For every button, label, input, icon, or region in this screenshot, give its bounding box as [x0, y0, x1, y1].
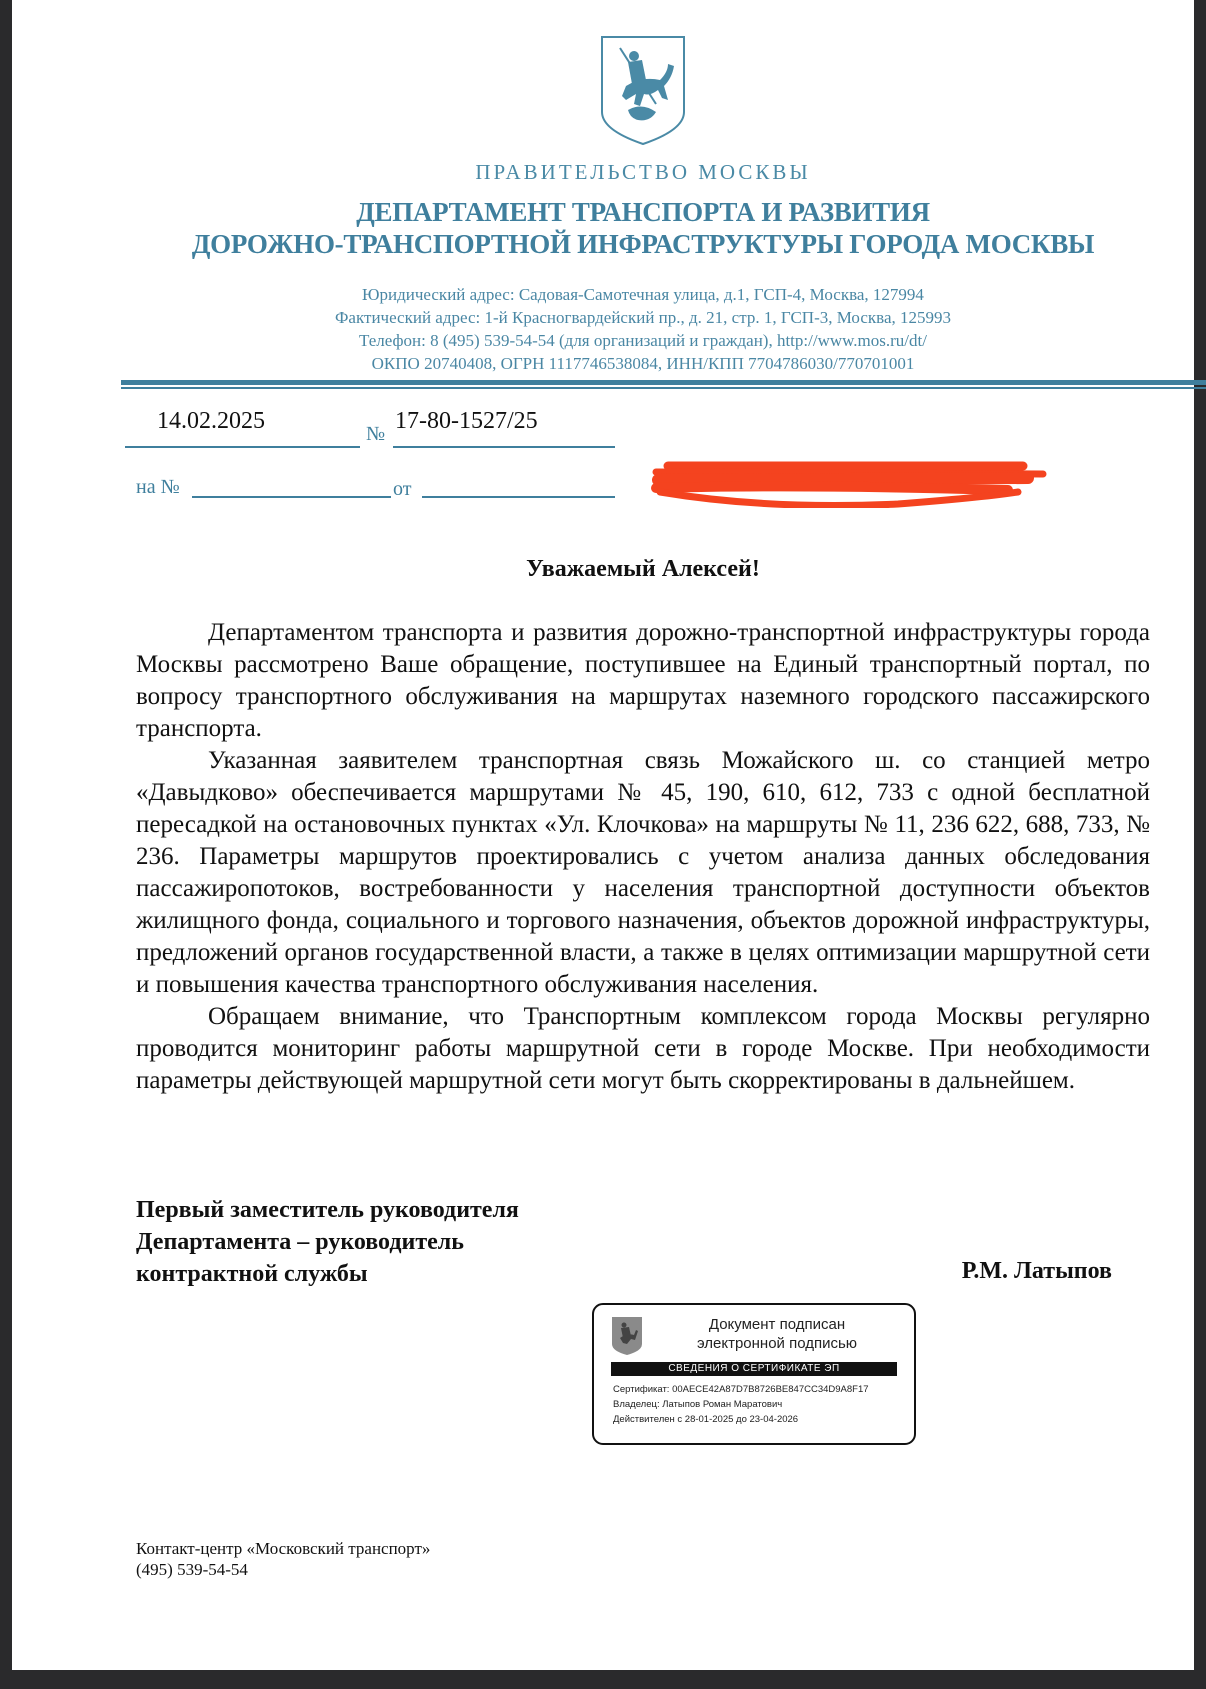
letter-body: Департаментом транспорта и развития доро…	[136, 617, 1150, 1097]
body-paragraph: Обращаем внимание, что Транспортным комп…	[136, 1001, 1150, 1097]
body-paragraph: Департаментом транспорта и развития доро…	[136, 617, 1150, 745]
signatory-title-line: контрактной службы	[136, 1258, 519, 1290]
moscow-coat-of-arms-icon	[598, 34, 688, 146]
reference-number-label: на №	[136, 476, 180, 499]
certificate-validity: Действителен с 28-01-2025 до 23-04-2026	[613, 1414, 798, 1426]
date-underline	[125, 446, 360, 448]
signature-heading-line: электронной подписью	[652, 1334, 902, 1353]
signatory-title: Первый заместитель руководителя Департам…	[136, 1194, 519, 1290]
moscow-coat-of-arms-icon	[611, 1316, 643, 1356]
outgoing-number: 17-80-1527/25	[395, 408, 538, 435]
reference-number-underline	[192, 496, 391, 498]
legal-address: Юридический адрес: Садовая-Самотечная ул…	[12, 283, 1206, 306]
registration-codes: ОКПО 20740408, ОГРН 1117746538084, ИНН/К…	[12, 352, 1206, 375]
signature-heading-line: Документ подписан	[652, 1315, 902, 1334]
electronic-signature-stamp: Документ подписан электронной подписью С…	[592, 1303, 916, 1445]
body-paragraph: Указанная заявителем транспортная связь …	[136, 745, 1150, 1001]
number-underline	[393, 446, 615, 448]
certificate-info-bar: СВЕДЕНИЯ О СЕРТИФИКАТЕ ЭП	[611, 1362, 897, 1376]
phone-line: Телефон: 8 (495) 539-54-54 (для организа…	[12, 329, 1206, 352]
contact-footer: Контакт-центр «Московский транспорт» (49…	[136, 1538, 430, 1580]
signatory-title-line: Первый заместитель руководителя	[136, 1194, 519, 1226]
reference-date-underline	[422, 496, 615, 498]
header-divider-thick	[121, 380, 1206, 385]
department-name-line1: ДЕПАРТАМЕНТ ТРАНСПОРТА И РАЗВИТИЯ	[12, 196, 1206, 228]
department-name-line2: ДОРОЖНО-ТРАНСПОРТНОЙ ИНФРАСТРУКТУРЫ ГОРО…	[12, 228, 1206, 260]
greeting: Уважаемый Алексей!	[12, 556, 1206, 583]
actual-address: Фактический адрес: 1-й Красногвардейский…	[12, 306, 1206, 329]
signatory-name: Р.М. Латыпов	[962, 1258, 1112, 1285]
government-name: ПРАВИТЕЛЬСТВО МОСКВЫ	[12, 160, 1206, 185]
outgoing-date: 14.02.2025	[157, 408, 265, 435]
redaction-scribble	[648, 458, 1048, 508]
certificate-owner: Владелец: Латыпов Роман Маратович	[613, 1399, 782, 1411]
signature-heading: Документ подписан электронной подписью	[652, 1315, 902, 1353]
contact-center-name: Контакт-центр «Московский транспорт»	[136, 1538, 430, 1559]
signatory-title-line: Департамента – руководитель	[136, 1226, 519, 1258]
header-divider-thin	[121, 387, 1206, 389]
number-sign: №	[366, 423, 385, 446]
certificate-serial: Сертификат: 00AECE42A87D7B8726BE847CC34D…	[613, 1384, 869, 1396]
reference-date-label: от	[393, 478, 411, 501]
letter-page: ПРАВИТЕЛЬСТВО МОСКВЫ ДЕПАРТАМЕНТ ТРАНСПО…	[12, 0, 1194, 1670]
contact-center-phone: (495) 539-54-54	[136, 1559, 430, 1580]
